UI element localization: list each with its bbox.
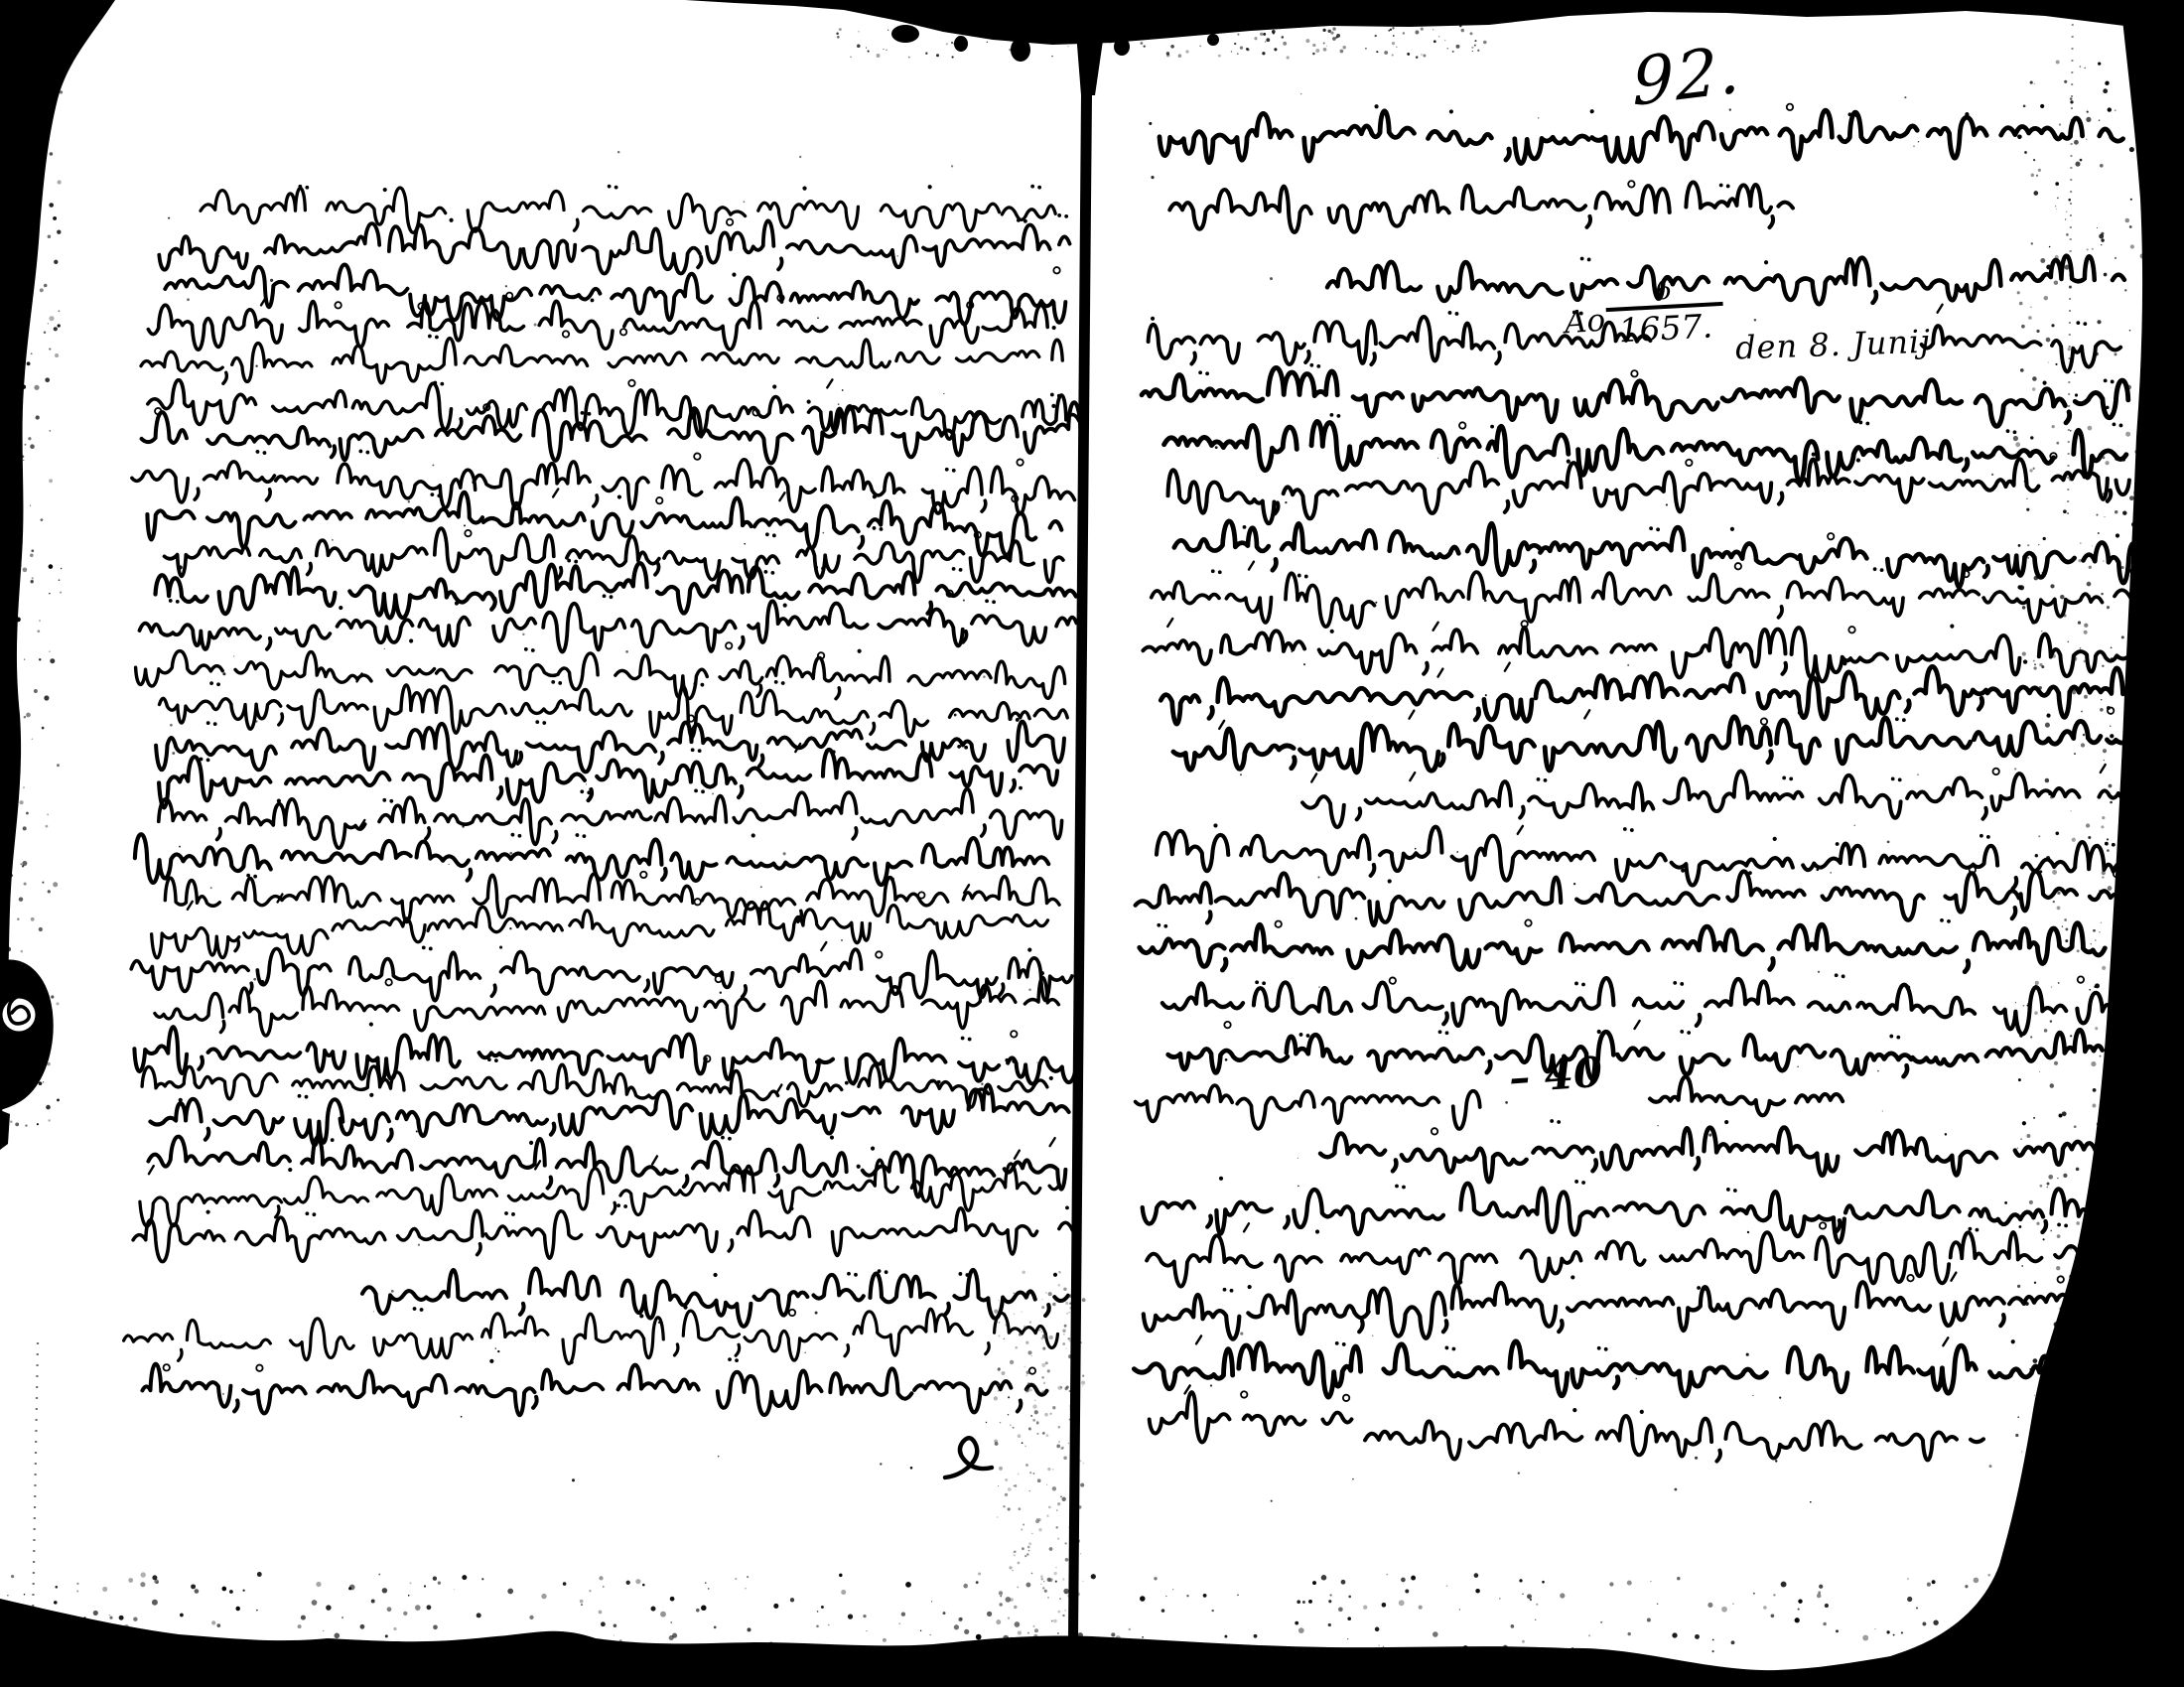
manuscript-scan: 92. Ao 6 1657. den 8. Junij – 40 (0, 0, 2184, 1687)
year-fraction-denominator: 1657. (1606, 306, 1725, 351)
top-band-drip (1011, 38, 1030, 62)
binding (1068, 20, 1106, 1640)
clasp-outer (0, 960, 54, 1110)
left-catchword-flourish (945, 1438, 992, 1477)
fold-lines (33, 0, 2073, 1620)
clasp-tail (0, 1110, 10, 1150)
binding-line (1068, 26, 1096, 1640)
anno-abbreviation: Ao (1564, 303, 1606, 342)
left-page-handwriting (123, 184, 1080, 1416)
amount-figure: – 40 (1507, 1048, 1603, 1102)
page-number: 92. (1632, 31, 1742, 121)
top-band-drip (891, 25, 919, 43)
border-bottom (0, 1599, 2184, 1687)
top-band-drip (954, 36, 968, 52)
top-band-drip (1207, 34, 1219, 46)
top-band-drip (1114, 38, 1130, 56)
border-right (1807, 0, 2184, 1687)
year-fraction: 6 1657. (1604, 275, 1725, 351)
left-fold-line (33, 1342, 38, 1620)
binding-top-junction (1075, 20, 1106, 95)
date-phrase: den 8. Junij (1734, 323, 1931, 367)
scan-artwork (0, 0, 2184, 1687)
left-edge-clasp-mark (0, 960, 54, 1150)
